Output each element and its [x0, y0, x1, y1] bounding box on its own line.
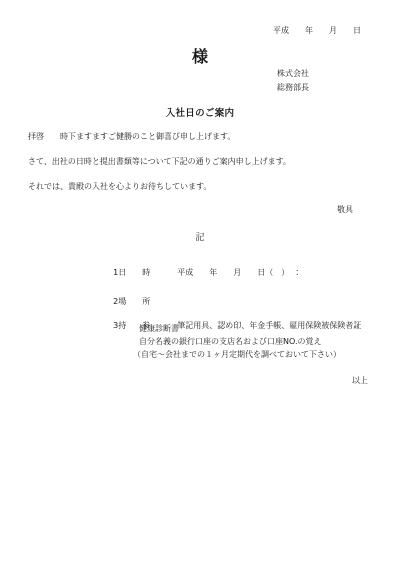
item-value: 筆記用具、認め印、年金手帳、雇用保険被保険者証 [177, 321, 361, 330]
bring-continuation-note: （自宅～会社までの１ヶ月定期代を調べておいて下さい） [133, 351, 341, 359]
sender-title: 総務部長 [277, 84, 309, 92]
item-value: 平成 年 月 日（ ） ： [177, 268, 301, 277]
addressee-suffix: 様 [0, 49, 400, 65]
detail-item-datetime: 1日 時平成 年 月 日（ ） ： [103, 261, 301, 285]
document-title: 入社日のご案内 [0, 109, 400, 119]
keigu-closing: 敬具 [337, 206, 353, 214]
date-line: 平成 年 月 日 [273, 27, 361, 35]
item-label: 場 所 [118, 297, 150, 306]
bring-continuation-line: 自分名義の銀行口座の支店名および口座NO.の覚え [139, 338, 322, 346]
item-label: 日 時 [118, 268, 150, 277]
ijo-closing: 以上 [352, 377, 368, 385]
ki-heading: 記 [0, 234, 400, 243]
body-main-line: さて、出社の日時と提出書類等について下記の通りご案内申し上げます。 [28, 158, 291, 166]
document-page: 平成 年 月 日 様 株式会社 総務部長 入社日のご案内 拝啓 時下ますますご健… [0, 0, 400, 565]
bring-continuation-line: 健康診断書 [139, 325, 179, 333]
detail-item-place: 2場 所 [103, 290, 177, 314]
body-closing-line: それでは、貴殿の入社を心よりお待ちしています。 [28, 183, 211, 191]
sender-company: 株式会社 [277, 70, 309, 78]
greeting-line: 拝啓 時下ますますご健勝のこと御喜び申し上げます。 [28, 133, 235, 141]
